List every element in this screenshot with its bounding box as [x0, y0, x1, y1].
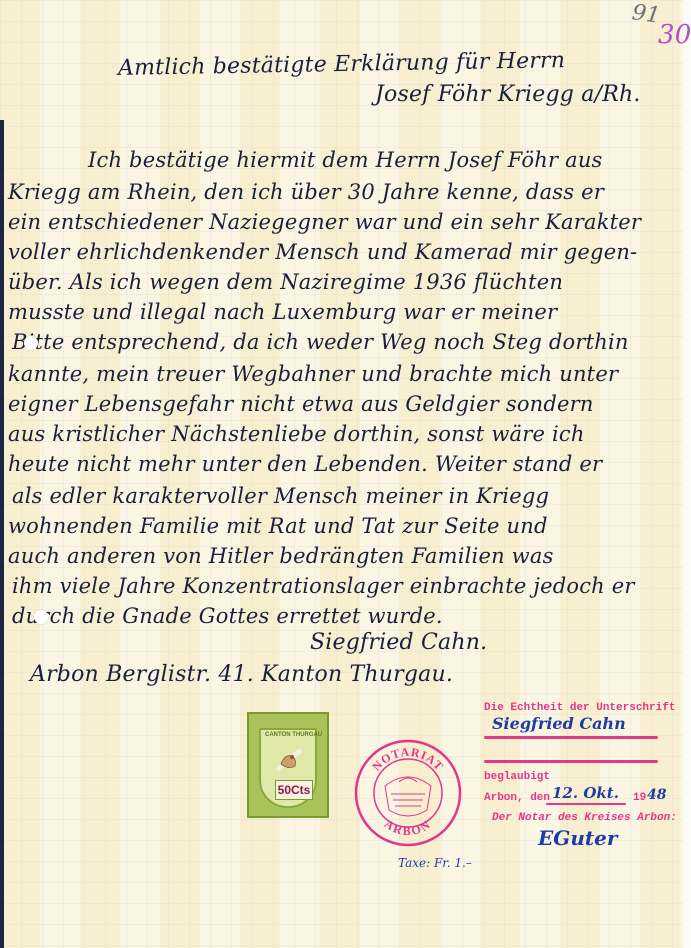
- body-line: über. Als ich wegen dem Naziregime 1936 …: [8, 270, 563, 294]
- document-title-line-1: Amtlich bestätigte Erklärung für Herrn: [118, 48, 566, 81]
- document-page: 91 30 Amtlich bestätigte Erklärung für H…: [0, 0, 691, 948]
- certification-date: 12. Okt.: [552, 784, 619, 802]
- body-line: ein entschiedener Naziegegner war und ei…: [8, 210, 641, 234]
- page-right-margin: [683, 0, 691, 948]
- body-line: heute nicht mehr unter den Lebenden. Wei…: [8, 452, 602, 476]
- page-left-edge: [0, 120, 4, 948]
- body-line: Ich bestätige hiermit dem Herrn Josef Fö…: [88, 148, 603, 172]
- body-line: Kriegg am Rhein, den ich über 30 Jahre k…: [8, 180, 604, 204]
- body-line: Bitte entsprechend, da ich weder Weg noc…: [12, 330, 629, 354]
- body-line: durch die Gnade Gottes errettet wurde.: [12, 604, 443, 628]
- fee-note: Taxe: Fr. 1.–: [398, 856, 472, 870]
- year-prefix: 19: [633, 792, 646, 804]
- body-line: wohnenden Familie mit Rat und Tat zur Se…: [8, 514, 548, 538]
- fiscal-stamp-value: 50Cts: [275, 780, 313, 800]
- body-line: voller ehrlichdenkender Mensch und Kamer…: [8, 240, 637, 264]
- body-line: aus kristlicher Nächstenliebe dorthin, s…: [8, 422, 585, 446]
- body-line: ihm viele Jahre Konzentrationslager einb…: [12, 574, 635, 598]
- certified-signature-name: Siegfried Cahn: [492, 714, 626, 733]
- body-line: musste und illegal nach Luxemburg war er…: [8, 300, 557, 324]
- notary-seal-icon: NOTARIAT ARBON: [353, 738, 463, 848]
- author-address: Arbon Berglistr. 41. Kanton Thurgau.: [30, 662, 453, 687]
- date-underline: [546, 803, 626, 805]
- place-date-label: Arbon, den: [484, 792, 550, 804]
- punch-hole: [34, 610, 48, 624]
- signature-underline: [484, 736, 658, 739]
- document-title-line-2: Josef Föhr Kriegg a/Rh.: [375, 82, 641, 107]
- body-line: kannte, mein treuer Wegbahner und bracht…: [8, 362, 618, 386]
- certification-heading: Die Echtheit der Unterschrift: [484, 702, 675, 714]
- body-line: eigner Lebensgefahr nicht etwa aus Geldg…: [8, 392, 594, 416]
- violet-archive-number: 30: [658, 20, 691, 50]
- svg-text:ARBON: ARBON: [382, 817, 434, 838]
- body-line: als edler karaktervoller Mensch meiner i…: [12, 484, 549, 508]
- author-signature: Siegfried Cahn.: [310, 630, 487, 655]
- year-suffix: 48: [647, 787, 666, 803]
- body-line: auch anderen von Hitler bedrängten Famil…: [8, 544, 554, 568]
- fiscal-stamp-canton: CANTON THURGAU: [265, 732, 322, 738]
- fiscal-revenue-stamp: CANTON THURGAU 50Cts: [247, 712, 329, 818]
- certified-label: beglaubigt: [484, 771, 550, 783]
- thurgau-lion-emblem-icon: [275, 746, 303, 774]
- punch-hole: [24, 336, 38, 350]
- notary-signature: EGuter: [538, 826, 617, 850]
- blank-underline: [484, 760, 658, 763]
- fiscal-stamp-shield: CANTON THURGAU 50Cts: [259, 728, 317, 808]
- notary-label: Der Notar des Kreises Arbon:: [492, 812, 677, 824]
